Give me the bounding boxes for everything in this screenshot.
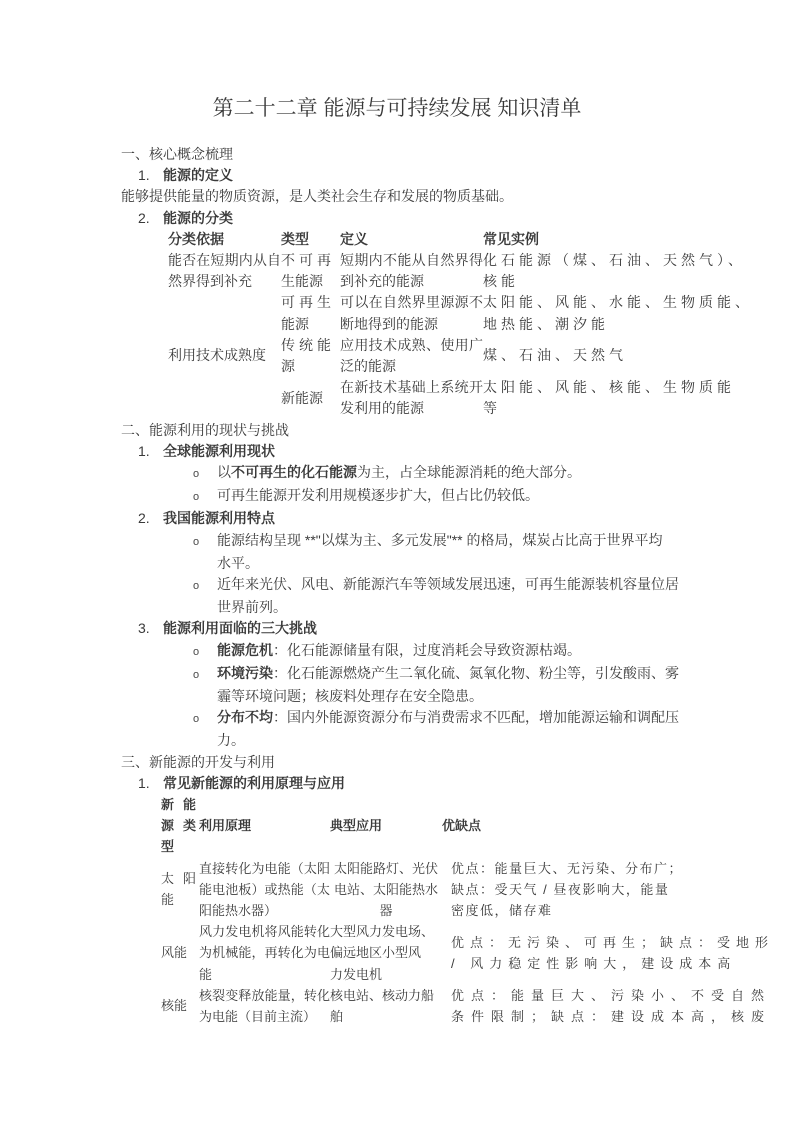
table-header-row: 分类依据 类型 定义 常见实例 [168,229,794,250]
table-header-cell: 类型 [281,229,340,250]
bullet-item: o能源结构呈现 **"以煤为主、多元发展"** 的格局，煤炭占比高于世界平均 水… [217,530,679,574]
list-item-new-energy-table: 1.常见新能源的利用原理与应用 [163,773,794,794]
table-cell: 直接转化为电能（太阳能电池板）或热能（太阳能热水器） [196,858,330,922]
table-cell: 太阳能路灯、光伏 电站、太阳能热水 器 [330,858,442,922]
energy-definition-paragraph: 能够提供能量的物质资源，是人类社会生存和发展的物质基础。 [121,186,794,207]
list-item-three-challenges: 3.能源利用面临的三大挑战 [163,618,794,639]
list-item-label: 我国能源利用特点 [163,510,275,526]
table-cell: 风能 [161,921,196,985]
table-header-cell: 典型应用 [330,794,442,858]
bullet-marker: o [193,665,217,686]
table-cell: 在新技术基础上系统开发利用的能源 [340,377,483,419]
bullet-marker: o [193,487,217,508]
table-cell: 可再生能源 [281,292,340,334]
table-header-cell: 分类依据 [168,229,281,250]
bullet-item-energy-crisis: o能源危机：化石能源储量有限，过度消耗会导致资源枯竭。 [217,640,679,663]
table-header-cell: 定义 [340,229,483,250]
list-item-label: 能源的定义 [163,167,233,183]
list-item-label: 全球能源利用现状 [163,443,275,459]
bullet-text: 环境污染：化石能源燃烧产生二氧化硫、氮氧化物、粉尘等，引发酸雨、雾 霾等环境问题… [217,665,679,704]
section-heading-core-concepts: 一、核心概念梳理 [121,144,794,165]
table-row-nuclear: 核能 核裂变释放能量，转化为电能（目前主流） 核电站、核动力船 舶 优点：能量巨… [161,985,794,1027]
list-number: 1. [138,773,163,794]
bullet-item: o近年来光伏、风电、新能源汽车等领域发展迅速，可再生能源装机容量位居 世界前列。 [217,574,679,618]
table-cell: 核能 [161,985,196,1027]
list-item-label: 常见新能源的利用原理与应用 [163,775,345,791]
bullet-marker: o [193,709,217,730]
table-cell: 短期内不能从自然界得到补充的能源 [340,250,483,292]
table-cell: 太阳能、风能、水能、生物质能、 地热能、潮汐能 [483,292,783,334]
table-cell: 太阳能 [161,858,196,922]
bullet-marker: o [193,532,217,553]
table-cell: 优点：能量巨大、污染小、不受自然 条件限制；缺点：建设成本高，核废 [442,985,794,1027]
new-energy-table: 新能源类型 利用原理 典型应用 优缺点 太阳能 直接转化为电能（太阳能电池板）或… [161,794,794,1027]
table-header-cell: 优缺点 [442,794,794,858]
table-cell: 优点：能量巨大、无污染、分布广； 缺点：受天气 / 昼夜影响大，能量 密度低，储… [442,858,794,922]
list-number: 2. [138,208,163,229]
list-number: 3. [138,618,163,639]
table-row: 可再生能源 可以在自然界里源源不断地得到的能源 太阳能、风能、水能、生物质能、 … [168,292,794,334]
page-title: 第二十二章 能源与可持续发展 知识清单 [0,0,794,124]
document-page: 第二十二章 能源与可持续发展 知识清单 一、核心概念梳理 1.能源的定义 能够提… [0,0,794,1123]
list-item-global-status: 1.全球能源利用现状 [163,441,794,462]
bullet-item: o可再生能源开发利用规模逐步扩大，但占比仍较低。 [217,485,679,508]
bullet-item-uneven-distribution: o分布不均：国内外能源资源分布与消费需求不匹配，增加能源运输和调配压 力。 [217,707,679,751]
bullet-text: 近年来光伏、风电、新能源汽车等领域发展迅速，可再生能源装机容量位居 世界前列。 [217,576,679,615]
energy-classification-table: 分类依据 类型 定义 常见实例 能否在短期内从自然界得到补充 不可再生能源 短期… [168,229,794,420]
table-cell: 核裂变释放能量，转化为电能（目前主流） [196,985,330,1027]
bullet-marker: o [193,576,217,597]
table-header-row: 新能源类型 利用原理 典型应用 优缺点 [161,794,794,858]
list-number: 1. [138,165,163,186]
bullet-text: 以不可再生的化石能源为主，占全球能源消耗的绝大部分。 [217,464,581,480]
table-cell: 能否在短期内从自然界得到补充 [168,250,281,292]
table-cell: 可以在自然界里源源不断地得到的能源 [340,292,483,334]
bullet-text: 能源危机：化石能源储量有限，过度消耗会导致资源枯竭。 [217,642,581,658]
section-heading-new-energy: 三、新能源的开发与利用 [121,752,794,773]
table-header-cell: 利用原理 [196,794,330,858]
table-row-wind: 风能 风力发电机将风能转化为机械能，再转化为电能 大型风力发电场、 偏远地区小型… [161,921,794,985]
table-cell: 煤、石油、天然气 [483,335,783,377]
table-header-cell: 常见实例 [483,229,783,250]
bullet-text: 可再生能源开发利用规模逐步扩大，但占比仍较低。 [217,487,539,503]
bullet-marker: o [193,464,217,485]
list-number: 2. [138,508,163,529]
list-item-energy-classification: 2.能源的分类 [163,208,794,229]
table-row-solar: 太阳能 直接转化为电能（太阳能电池板）或热能（太阳能热水器） 太阳能路灯、光伏 … [161,858,794,922]
list-item-china-features: 2.我国能源利用特点 [163,508,794,529]
table-cell: 传统能源 [281,335,340,377]
table-cell: 应用技术成熟、使用广泛的能源 [340,335,483,377]
table-row: 利用技术成熟度 传统能源 应用技术成熟、使用广泛的能源 煤、石油、天然气 [168,335,794,377]
table-header-cell: 新能源类型 [161,794,196,858]
table-cell: 新能源 [281,377,340,419]
bullet-text: 能源结构呈现 **"以煤为主、多元发展"** 的格局，煤炭占比高于世界平均 水平… [217,532,663,571]
table-cell [168,292,281,334]
list-item-energy-definition: 1.能源的定义 [163,165,794,186]
table-cell: 核电站、核动力船 舶 [330,985,442,1027]
bullet-text: 分布不均：国内外能源资源分布与消费需求不匹配，增加能源运输和调配压 力。 [217,709,679,748]
section-heading-status-challenges: 二、能源利用的现状与挑战 [121,420,794,441]
table-cell: 优点：无污染、可再生；缺点：受地形 / 风力稳定性影响大，建设成本高 [442,921,794,985]
list-item-label: 能源利用面临的三大挑战 [163,620,317,636]
table-cell [168,377,281,419]
table-cell: 利用技术成熟度 [168,335,281,377]
table-row: 能否在短期内从自然界得到补充 不可再生能源 短期内不能从自然界得到补充的能源 化… [168,250,794,292]
table-cell: 不可再生能源 [281,250,340,292]
table-cell: 风力发电机将风能转化为机械能，再转化为电能 [196,921,330,985]
table-row: 新能源 在新技术基础上系统开发利用的能源 太阳能、风能、核能、生物质能 等 [168,377,794,419]
bullet-marker: o [193,642,217,663]
bullet-item-pollution: o环境污染：化石能源燃烧产生二氧化硫、氮氧化物、粉尘等，引发酸雨、雾 霾等环境问… [217,663,679,707]
table-cell: 化石能源（煤、石油、天然气）、 核能 [483,250,783,292]
bullet-item: o以不可再生的化石能源为主，占全球能源消耗的绝大部分。 [217,462,679,485]
table-cell: 太阳能、风能、核能、生物质能 等 [483,377,783,419]
list-number: 1. [138,441,163,462]
table-cell: 大型风力发电场、 偏远地区小型风 力发电机 [330,921,442,985]
list-item-label: 能源的分类 [163,210,233,226]
